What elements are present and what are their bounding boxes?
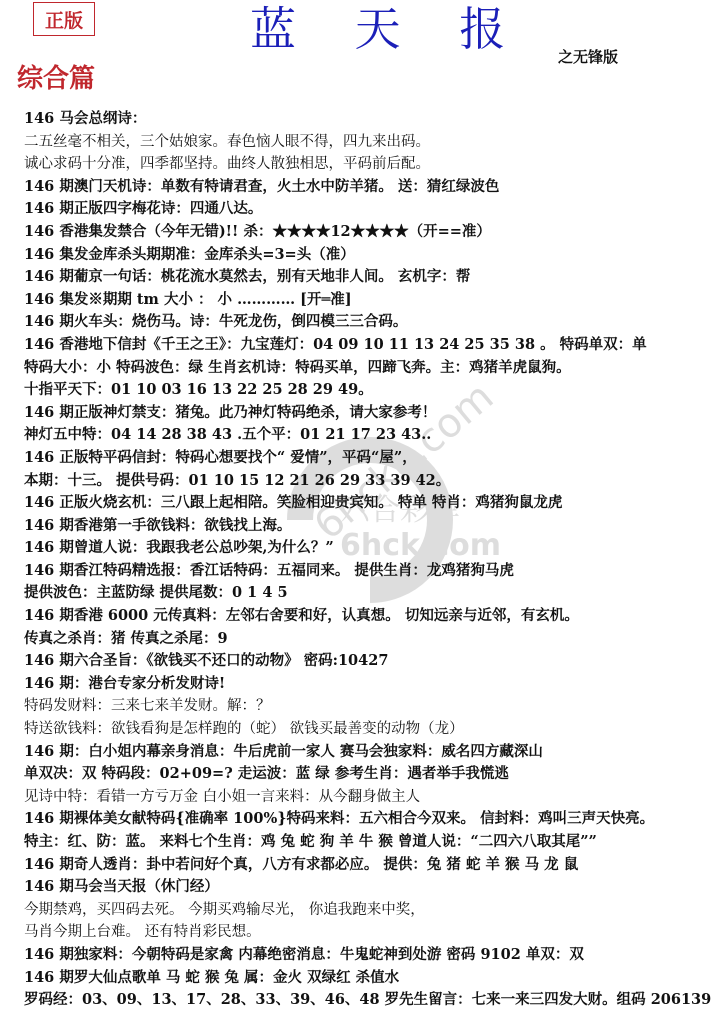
text-line: 146 期裸体美女献特码{准确率 100%}特码来料：五六相合今双来。 信封料：… — [24, 808, 714, 831]
text-line: 十指平天下：01 10 03 16 13 22 25 28 29 49。 — [24, 379, 714, 402]
text-line: 特码发财料：三来七来羊发财。解：？ — [24, 695, 714, 718]
page-title: 蓝 天 报 — [250, 2, 527, 56]
text-line: 146 香港集发禁合（今年无错)!! 杀：★★★★12★★★★（开==准） — [24, 221, 714, 244]
text-line: 神灯五中特：04 14 28 38 43 .五个平：01 21 17 23 43… — [24, 424, 714, 447]
text-line: 见诗中特：看错一方亏万金 白小姐一言来料：从今翻身做主人 — [24, 786, 714, 809]
text-line: 146 集发※期期 tm 大小 ： 小 ………… [开═准] — [24, 289, 714, 312]
text-line: 146 期马会当天报（休门经） — [24, 876, 714, 899]
text-line: 146 期奇人透肖：卦中若问好个真，八方有求都必应。 提供：兔 猪 蛇 羊 猴 … — [24, 854, 714, 877]
text-line: 146 期香江特码精选报：香江话特码：五福同来。 提供生肖：龙鸡猪狗马虎 — [24, 560, 714, 583]
text-line: 146 期正版四字梅花诗：四通八达。 — [24, 198, 714, 221]
text-line: 提供波色：主蓝防绿 提供尾数：0 1 4 5 — [24, 582, 714, 605]
text-line: 特码大小：小 特码波色：绿 生肖玄机诗：特码买单，四蹄飞奔。主：鸡猪羊虎鼠狗。 — [24, 357, 714, 380]
text-line: 146 正版特平码信封：特码心想要找个“ 爱情”，平码“屋”， — [24, 447, 714, 470]
article-body: 146 马会总纲诗：二五丝毫不相关，三个姑娘家。春色恼人眼不得，四九来出码。诚心… — [24, 108, 714, 1012]
section-heading: 综合篇 — [17, 58, 95, 95]
authentic-badge: 正版 — [33, 2, 95, 36]
text-line: 146 期：港台专家分析发财诗! — [24, 673, 714, 696]
text-line: 罗码经：03、09、13、17、28、33、39、46、48 罗先生留言：七来一… — [24, 989, 714, 1012]
text-line: 146 期独家料：今朝特码是家禽 内幕绝密消息：牛鬼蛇神到处游 密码 9102 … — [24, 944, 714, 967]
text-line: 146 期六合圣旨：《欲钱买不还口的动物》 密码:10427 — [24, 650, 714, 673]
text-line: 146 马会总纲诗： — [24, 108, 714, 131]
text-line: 单双决：双 特码段：02+09=? 走运波：蓝 绿 参考生肖：遇者举手我慌逃 — [24, 763, 714, 786]
text-line: 本期：十三。 提供号码：01 10 15 12 21 26 29 33 39 4… — [24, 470, 714, 493]
text-line: 146 期：白小姐内幕亲身消息：牛后虎前一家人 赛马会独家料：威名四方藏深山 — [24, 741, 714, 764]
text-line: 146 期香港第一手欲钱料：欲钱找上海。 — [24, 515, 714, 538]
text-line: 146 期正版神灯禁支：猪兔。此乃神灯特码绝杀，请大家参考！ — [24, 402, 714, 425]
text-line: 今期禁鸡，买四码去死。 今期买鸡输尽光， 你追我跑来中奖， — [24, 899, 714, 922]
text-line: 诚心求码十分准，四季都坚持。曲终人散独相思，平码前后配。 — [24, 153, 714, 176]
text-line: 146 期火车头：烧伤马。诗：牛死龙伤，倒四模三三合码。 — [24, 311, 714, 334]
text-line: 传真之杀肖：猪 传真之杀尾：9 — [24, 628, 714, 651]
text-line: 146 期葡京一句话：桃花流水莫然去，别有天地非人间。 玄机字：帮 — [24, 266, 714, 289]
text-line: 146 期罗大仙点歌单 马 蛇 猴 兔 属：金火 双绿红 杀值水 — [24, 967, 714, 990]
text-line: 146 正版火烧玄机：三八跟上起相陪。笑脸相迎贵宾知。 特单 特肖：鸡猪狗鼠龙虎 — [24, 492, 714, 515]
text-line: 146 期香港 6000 元传真料：左邻右舍要和好，认真想。 切知远亲与近邻，有… — [24, 605, 714, 628]
text-line: 马肖今期上台难。 还有特肖彩民想。 — [24, 921, 714, 944]
text-line: 146 集发金库杀头期期准：金库杀头=3=头（准） — [24, 244, 714, 267]
text-line: 146 期曾道人说：我跟我老公总吵架,为什么？” — [24, 537, 714, 560]
text-line: 146 期澳门天机诗：单数有特请君查，火土水中防羊猪。 送：猜红绿波色 — [24, 176, 714, 199]
edition-label: 之无锋版 — [558, 46, 618, 67]
text-line: 146 香港地下信封《千王之王》：九宝莲灯：04 09 10 11 13 24 … — [24, 334, 714, 357]
text-line: 特主：红、防：蓝。 来料七个生肖：鸡 兔 蛇 狗 羊 牛 猴 曾道人说：“二四六… — [24, 831, 714, 854]
text-line: 特送欲钱料：欲钱看狗是怎样跑的（蛇） 欲钱买最善变的动物（龙） — [24, 718, 714, 741]
text-line: 二五丝毫不相关，三个姑娘家。春色恼人眼不得，四九来出码。 — [24, 131, 714, 154]
